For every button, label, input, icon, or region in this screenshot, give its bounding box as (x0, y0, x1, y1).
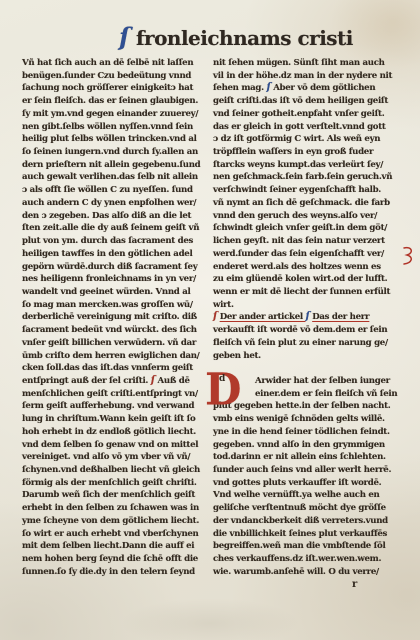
text-line: wie. warumb.anſehē will. O du verre/ (213, 566, 403, 579)
text-line: ſ Der ander artickel ſ Das der herr (213, 311, 403, 324)
text-line: geiſt criſti.das iſt vō dem heiligen gei… (213, 95, 403, 108)
text-line: geliſche verſtentnuß möcht dye gröſſe (213, 502, 403, 515)
text-line: ſchwindt gleich vnſer geiſt.in dem göt/ (213, 222, 403, 235)
text-line: ſten zeit.alle die dy auß ſeinem geiſt v… (22, 222, 207, 235)
text-line: nen gibt.ſelbs wöllen nyſſen.vnnd ſein (22, 121, 207, 134)
text-line: ſerm geiſt aufferhebung. vnd verwand (22, 400, 207, 413)
text-line: werd.ſunder das ſein eigenſchafft ver/ (213, 248, 403, 261)
text-line: vereiniget. vnd alſo vō ym vber vñ vñ/ (22, 451, 207, 464)
text-line: vil in der höhe.dz man in der nydere nit (213, 70, 403, 83)
text-segment: Aber vō dem götlichen (271, 83, 376, 93)
text-line: vnſer geiſt billichen verwūdern. vñ dar (22, 337, 207, 350)
text-line: ſachung noch gröſſerer einigkeitɔ hat (22, 82, 207, 95)
text-line: cken ſoll.das das iſt.das vnnſerm geiſt (22, 362, 207, 375)
text-line: enderet werd.als des holtzes wenn es (213, 261, 403, 274)
text-line: vñ nymt an ſich dē geſchmack. die farb (213, 197, 403, 210)
guide-letter: d (219, 374, 225, 384)
text-line: förmig als der menſchlich geiſt chriſti. (22, 477, 207, 490)
text-line: menſchlichen geiſt criſti.entſpringt vn/ (22, 388, 207, 401)
text-line: wirt. (213, 299, 403, 312)
text-line: gepörn würdē.durch diß ſacrament ſey (22, 261, 207, 274)
text-line: Vnd welhe vernüfft.ya welhe auch en (213, 489, 403, 502)
text-line: heiligen tawffes in den götlichen adel (22, 248, 207, 261)
text-line: verſchwindt ſeiner eygenſchafft halb. (213, 184, 403, 197)
text-segment: entſpringt auß der ſel criſti. (22, 376, 151, 386)
text-line: yne in die hend ſeiner tödlichen feindt. (213, 426, 403, 439)
text-line: der vndanckberkeit diß verreters.vund (213, 515, 403, 528)
text-line: zu eim glüendē kolen wirt.od der lufft. (213, 273, 403, 286)
text-line: nen geſchmack.ſein farb.ſein geruch.vñ (213, 171, 403, 184)
page-title-text: fronleichnams cristi (136, 26, 353, 50)
manuscript-page: ſfronleichnams cristi Vñ hat ſich auch a… (0, 0, 420, 640)
text-line: den ɔ zegeben. Das alſo diß an die let (22, 210, 207, 223)
text-line: begreiffen.weñ man die vmbſtende ſōl (213, 540, 403, 553)
text-line: gegeben. vnnd alſo in den grymmigen (213, 439, 403, 452)
text-line: ſehen mag. ſ Aber vō dem götlichen (213, 82, 403, 95)
text-line: yme ſcheyne von dem götlichem liecht. (22, 515, 207, 528)
blue-paragraph-mark-icon: ſ (119, 22, 129, 51)
text-line: geben het. (213, 350, 403, 363)
text-line: auch gewalt verlihen.das ſelb nit allein (22, 171, 207, 184)
text-column-right: D d nit ſehen mügen. Sünſt ſiht man auch… (213, 57, 403, 578)
blue-paragraph-mark-icon: ſ (306, 311, 310, 322)
text-line: vnnd den geruch des weyns.alſo ver/ (213, 210, 403, 223)
text-line: vnd ſeiner gotheit.enpfaht vnſer geiſt. (213, 108, 403, 121)
text-line: verkaufft iſt wordē vō dem.dem er ſein (213, 324, 403, 337)
text-line: ſy mit ym.vnd gegen einander zuuerey/ (22, 108, 207, 121)
text-line: Darumb weñ ſich der menſchlich geiſt (22, 489, 207, 502)
text-line: auch andern C dy ynen enpfolhen wer/ (22, 197, 207, 210)
text-line: wenn er mit dē liecht der ſunnen erfült (213, 286, 403, 299)
signature-mark: r (352, 579, 357, 590)
text-line: die vnbillichkeit ſeines plut verkauffēs (213, 528, 403, 541)
text-column-left: Vñ hat ſich auch an dē ſelbē nit laſſenb… (22, 57, 207, 578)
text-segment: ſehen mag. (213, 83, 266, 93)
text-line: erhebt in den ſelben zu ſchawen was in (22, 502, 207, 515)
text-line: nes heiligenn fronleichnams in yn ver/ (22, 273, 207, 286)
text-line: dern prieſtern nit allein gegebenu.ſund (22, 159, 207, 172)
paper-stain-bottom (120, 598, 300, 640)
text-line: hoh erhebt in dz endloß götlich liecht. (22, 426, 207, 439)
text-line: Vñ hat ſich auch an dē ſelbē nit laſſen (22, 57, 207, 70)
text-line: wandelt vnd geeinet würden. Vnnd al (22, 286, 207, 299)
page-title: ſfronleichnams cristi (26, 22, 420, 51)
text-line: ches verkauffens.dz iſt.wer.wen.wem. (213, 553, 403, 566)
text-segment: Das der herr (312, 312, 369, 322)
red-lombard-initial: D (205, 367, 251, 419)
text-segment: Der ander artickel (220, 312, 306, 322)
text-line: das er gleich in gott verſtelt.vnnd gott (213, 121, 403, 134)
text-line: ſacrament bedeüt vnd würckt. des ſich (22, 324, 207, 337)
text-line: tröpfflein waſſers in eyn groß fuder (213, 146, 403, 159)
text-line: vnd gottes pluts verkauffer iſt wordē. (213, 477, 403, 490)
text-line: er ſein fleiſch. das er ſeinen glaubigen… (22, 95, 207, 108)
text-line: ſo wirt er auch erhebt vnd vberſchynen (22, 528, 207, 541)
text-line: ſtarcks weyns kumpt.das verleürt ſey/ (213, 159, 403, 172)
text-line: nit ſehen mügen. Sünſt ſiht man auch (213, 57, 403, 70)
red-margin-squiggle-icon (401, 246, 417, 270)
text-line: mit dem ſelben liecht.Dann die auff ei (22, 540, 207, 553)
text-line: benügen.ſunder Czu bedeütung vnnd (22, 70, 207, 83)
text-line: derberlichē vereinigung mit criſto. diß (22, 311, 207, 324)
text-line: ſo mag man mercken.was groſſen wū/ (22, 299, 207, 312)
text-line: ſunder auch ſeins vnd aller werlt herrē. (213, 464, 403, 477)
text-segment: Auß dē (155, 376, 190, 386)
text-line: vnd dem ſelben ſo genaw vnd on mittel (22, 439, 207, 452)
text-line: ſchynen.vnd deßhalben liecht vñ gleich (22, 464, 207, 477)
text-line: ɔ dz iſt gotförmig C wirt. Als weñ eyn (213, 133, 403, 146)
text-line: lung in chriſtum.Wann kein geiſt iſt ſo (22, 413, 207, 426)
text-line: ūmb criſto dem herren ewiglichen dan/ (22, 350, 207, 363)
text-line: ɔ als offt ſie wöllen C zu nyeſſen. ſund (22, 184, 207, 197)
text-line: plut von ym. durch das ſacrament des (22, 235, 207, 248)
text-line: fleiſch vñ ſein plut zu einer narung ge/ (213, 337, 403, 350)
text-line: heilig plut ſelbs wöllen trincken.vnd al (22, 133, 207, 146)
text-line: lichen geyſt. nit das ſein natur verzert (213, 235, 403, 248)
text-line: ſunnen.ſo ſy die.dy in den telern ſeynd (22, 566, 207, 579)
text-line: tod.darinn er nit allein eins ſchlehten. (213, 451, 403, 464)
text-line: ſo ſeinen iungern.vnd durch ſy.allen an (22, 146, 207, 159)
text-line: nem hohen berg ſeynd die ſchē offt die (22, 553, 207, 566)
text-line: entſpringt auß der ſel criſti. ſ Auß dē (22, 375, 207, 388)
